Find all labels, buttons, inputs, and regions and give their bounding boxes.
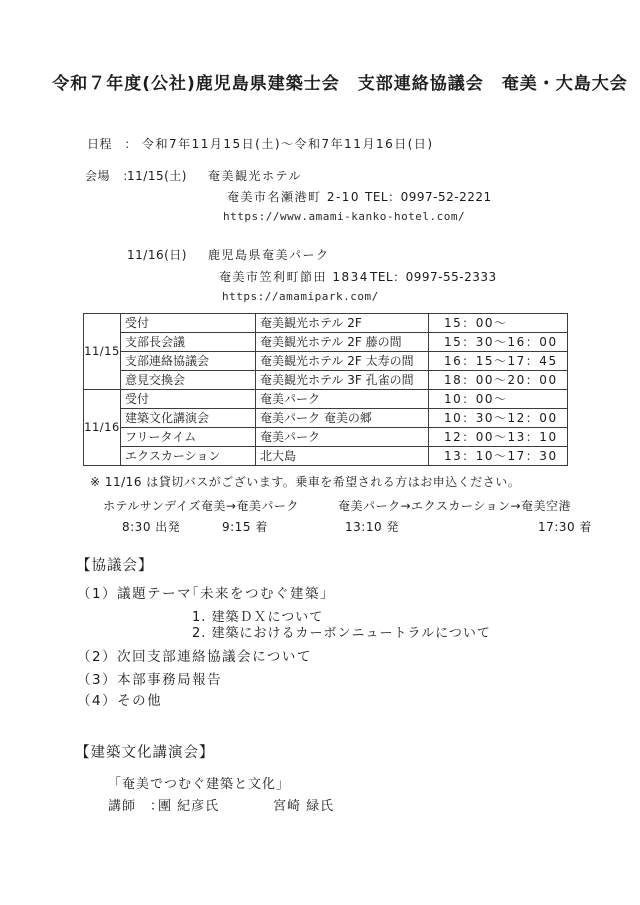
document-title: 令和７年度(公社)鹿児島県建築士会 支部連絡協議会 奄美・大島大会 bbox=[40, 74, 640, 95]
table-row: 11/16 受付 奄美パーク 10：00～ bbox=[84, 390, 568, 409]
table-row: 支部長会議 奄美観光ホテル 2F 藤の間 15：30～16：00 bbox=[84, 333, 568, 352]
place-cell: 北大島 bbox=[256, 447, 429, 466]
venue2-date: 11/16(日) bbox=[127, 248, 187, 263]
council-item1-theme: 「未来をつむぐ建築」 bbox=[185, 586, 335, 603]
venue2-url: https://amamipark.com/ bbox=[222, 290, 379, 304]
place-cell: 奄美観光ホテル 2F bbox=[256, 314, 429, 333]
lecturer-label: 講師 ： bbox=[108, 799, 164, 815]
time-cell: 12：00～13：10 bbox=[429, 428, 568, 447]
place-cell: 奄美パーク 奄美の郷 bbox=[256, 409, 429, 428]
schedule-table: 11/15 受付 奄美観光ホテル 2F 15：00～ 支部長会議 奄美観光ホテル… bbox=[83, 313, 568, 466]
lecturer-name-2: 宮崎 緑氏 bbox=[273, 799, 334, 815]
time-cell: 18：00～20：00 bbox=[429, 371, 568, 390]
bus-time-arrive-1: 9:15 着 bbox=[222, 520, 268, 535]
place-cell: 奄美パーク bbox=[256, 428, 429, 447]
schedule-label: 日程 ： bbox=[87, 137, 137, 152]
event-cell: 受付 bbox=[121, 390, 256, 409]
venue1-url: https://www.amami-kanko-hotel.com/ bbox=[223, 210, 465, 224]
event-cell: 支部連絡協議会 bbox=[121, 352, 256, 371]
event-cell: 意見交換会 bbox=[121, 371, 256, 390]
bus-time-depart-1: 8:30 出発 bbox=[122, 520, 180, 535]
bus-time-arrive-2: 17:30 着 bbox=[538, 520, 592, 535]
venue1-date: 11/15(土) bbox=[127, 169, 187, 184]
council-item1-label: （1）議題テーマ bbox=[77, 586, 192, 603]
place-cell: 奄美観光ホテル 2F 藤の間 bbox=[256, 333, 429, 352]
council-subitem-2: 2. 建築におけるカーボンニュートラルについて bbox=[192, 626, 491, 642]
place-cell: 奄美パーク bbox=[256, 390, 429, 409]
venue1-tel: TEL：0997-52-2221 bbox=[365, 190, 492, 205]
lecturer-name-1: 團 紀彦氏 bbox=[158, 799, 219, 815]
council-heading: 【協議会】 bbox=[76, 557, 154, 575]
table-row: フリータイム 奄美パーク 12：00～13：10 bbox=[84, 428, 568, 447]
table-row: 11/15 受付 奄美観光ホテル 2F 15：00～ bbox=[84, 314, 568, 333]
schedule-value: 令和7年11月15日(土)～令和7年11月16日(日) bbox=[142, 137, 434, 152]
place-cell: 奄美観光ホテル 2F 太寿の間 bbox=[256, 352, 429, 371]
time-cell: 10：00～ bbox=[429, 390, 568, 409]
time-cell: 16：15～17：45 bbox=[429, 352, 568, 371]
council-item-3: （3）本部事務局報告 bbox=[77, 672, 222, 689]
venue1-name: 奄美観光ホテル bbox=[208, 169, 302, 184]
place-cell: 奄美観光ホテル 3F 孔雀の間 bbox=[256, 371, 429, 390]
time-cell: 15：00～ bbox=[429, 314, 568, 333]
bus-route-2: 奄美パーク→エクスカーション→奄美空港 bbox=[338, 499, 571, 514]
time-cell: 15：30～16：00 bbox=[429, 333, 568, 352]
event-cell: 受付 bbox=[121, 314, 256, 333]
time-cell: 13：10～17：30 bbox=[429, 447, 568, 466]
date-cell: 11/15 bbox=[84, 314, 121, 390]
table-row: エクスカーション 北大島 13：10～17：30 bbox=[84, 447, 568, 466]
table-row: 支部連絡協議会 奄美観光ホテル 2F 太寿の間 16：15～17：45 bbox=[84, 352, 568, 371]
lecture-title: 「奄美でつむぐ建築と文化」 bbox=[108, 777, 290, 793]
council-item-2: （2）次回支部連絡協議会について bbox=[77, 649, 312, 666]
venue2-tel: TEL：0997-55-2333 bbox=[370, 270, 497, 285]
council-item-4: （4）その他 bbox=[77, 693, 162, 710]
event-cell: 建築文化講演会 bbox=[121, 409, 256, 428]
venue2-address: 奄美市笠利町節田 1834 bbox=[219, 270, 369, 285]
event-cell: エクスカーション bbox=[121, 447, 256, 466]
bus-note: ※ 11/16 は貸切バスがございます。乗車を希望される方はお申込ください。 bbox=[90, 475, 520, 490]
event-cell: 支部長会議 bbox=[121, 333, 256, 352]
bus-route-1: ホテルサンデイズ奄美→奄美パーク bbox=[103, 499, 299, 514]
document-page: 令和７年度(公社)鹿児島県建築士会 支部連絡協議会 奄美・大島大会 日程 ： 令… bbox=[0, 0, 640, 905]
table-row: 意見交換会 奄美観光ホテル 3F 孔雀の間 18：00～20：00 bbox=[84, 371, 568, 390]
venue1-address: 奄美市名瀬港町 2-10 bbox=[227, 190, 360, 205]
bus-time-depart-2: 13:10 発 bbox=[345, 520, 399, 535]
council-subitem-1: 1. 建築ＤＸについて bbox=[192, 610, 323, 626]
event-cell: フリータイム bbox=[121, 428, 256, 447]
time-cell: 10：30～12：00 bbox=[429, 409, 568, 428]
lecture-heading: 【建築文化講演会】 bbox=[75, 744, 215, 762]
venue2-name: 鹿児島県奄美パーク bbox=[208, 248, 330, 263]
date-cell: 11/16 bbox=[84, 390, 121, 466]
table-row: 建築文化講演会 奄美パーク 奄美の郷 10：30～12：00 bbox=[84, 409, 568, 428]
